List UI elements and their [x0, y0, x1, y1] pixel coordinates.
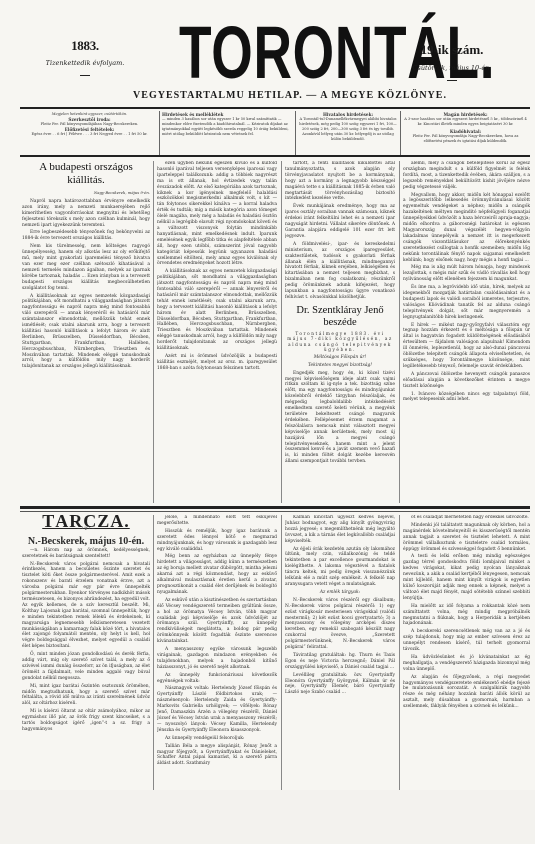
tarcza-headline: N.-Becskerek, május 10-én. [22, 539, 150, 545]
masthead-subtitle: VEGYESTARTALMU HETILAP. — A MEGYE KÖZLÖN… [100, 90, 480, 101]
paragraph: Évek munkájának eredménye, hogy ma az ip… [285, 204, 395, 239]
paragraph: Násznagyok voltak: Hertelendy József fői… [157, 686, 277, 733]
section-divider-thin [20, 511, 530, 512]
ornament-dash [447, 80, 457, 81]
column-rule [295, 111, 296, 155]
paragraph: Nem kis türelmesség, nem költséges ragyo… [22, 244, 150, 291]
paragraph: Az ünnepély funkcionáriusai következők e… [157, 673, 277, 685]
paragraph: Levéllileg gratuláltak: özv. Gyertyánffy… [285, 673, 395, 697]
paragraph: Az éjjeli órák kezdetén azután oly lakom… [285, 547, 395, 588]
issue-date: Csütörtök, május 10-én. [392, 64, 512, 72]
paragraph: Hisszük és reméljük, hogy igaz barátunk … [157, 529, 277, 553]
official-text: A Torontál-tul-Dunamellékvármegyei alább… [298, 117, 398, 142]
paragraph: Engedjék meg, hogy én, ki közel tizévi m… [285, 371, 395, 466]
newspaper-title: TORONTÁL. [179, 16, 359, 96]
ornament-icon: ~•❦•~ [22, 527, 150, 533]
paragraph: Az ünnepély vendégeiül felsoroljuk: [157, 736, 277, 742]
private-text: A 3-szor hasábos sor után egyszeri hirde… [403, 117, 528, 127]
speech-salutation: Méltóságos Főispán úr! [285, 355, 395, 361]
paragraph: tartott, a fenti kiállitások kiküldöttei… [285, 161, 395, 202]
column-rule [400, 111, 401, 155]
paragraph: A kiállitásoknak az egyes nemzetek közga… [22, 294, 150, 371]
speech-continuation: alemli, mely a csángók betelepítése körü… [403, 161, 530, 503]
paragraph: jelölé, a mindenható előtt tett esküjéve… [157, 515, 277, 527]
paragraph: Kálmán kincstári ügyészt kedves nejével,… [285, 515, 395, 545]
paragraph: Mi, mint igaz barátai őszintén osztozunk… [22, 684, 150, 708]
paragraph: A testi és lelki erőben még mindig egész… [403, 554, 530, 601]
publication-year: 1883. [30, 38, 140, 54]
exhibition-article-cont: ezen ügyben nekünk egészen kivüló és a k… [157, 161, 277, 503]
paragraph: Táviratilag gratuláltak: hg. Thurn és Ta… [285, 653, 395, 671]
column-rule [399, 515, 400, 790]
paragraph: A becskereki szerencsétlenek még van az … [403, 629, 530, 653]
paragraph: A földmivelési-, ipar- és kereskedelmi m… [285, 242, 395, 301]
paragraph: Napról napra határozottabban érvényre em… [22, 199, 150, 229]
tarcza-column-1: TÁRCZA. ~•❦•~ N.-Becskerek, május 10-én.… [22, 515, 150, 790]
ads-text: — minden 3 hasábos sor után egyszer 1 kr… [162, 117, 292, 137]
paragraph: ezen ügyben nekünk egészen kivüló és a k… [157, 161, 277, 267]
section-divider [20, 506, 530, 509]
page-margin-bottom [0, 790, 535, 844]
notice-bar: Megjelen hetenkint egyszer, csütörtökön.… [20, 107, 530, 157]
paragraph: Még benn az egyházban az ünnepély fénye … [157, 554, 277, 595]
column-rule [153, 515, 154, 790]
paragraph: Erre legbeszédesebb tényezőnek fog bekön… [22, 230, 150, 242]
publisher-text: Pleitz Fer. Pál könyvnyomdája Nagy-Becsk… [403, 134, 528, 144]
ornament-dash [80, 75, 90, 76]
masthead: 1883. Tizenkettedik évfolyam. TORONTÁL. … [0, 0, 535, 100]
column-rule [159, 111, 160, 155]
subscription-notice: Megjelen hetenkint egyszer, csütörtökön.… [22, 112, 157, 137]
paragraph: Az emlék tárgyak: [285, 590, 395, 596]
paragraph: És íme ma, a legrövidebb idő után, hírek… [403, 285, 530, 320]
paragraph: Az esküvő után a kisztinészetben és szer… [157, 598, 277, 645]
column-rule [281, 161, 282, 503]
ads-notice: Hirdetések és melléklétek — minden 3 has… [162, 112, 292, 137]
masthead-right: 19-ik szám. Csütörtök, május 10-én. [392, 42, 512, 81]
paragraph: Megvallom, hogy akkor, midőn két hónappa… [403, 193, 530, 264]
prices-text: Egész évre . . 6 frt | Félévre . . . 3 f… [22, 132, 157, 137]
paragraph: Még ma is alig múlt három hónapja, hogy … [403, 265, 530, 283]
article-dateline: Nagy-Becskerek, május 9-én. [22, 190, 150, 196]
exhibition-speech-column: tartott, a fenti kiállitások kiküldöttei… [285, 161, 395, 503]
tarcza-column-3: Kálmán kincstári ügyészt kedves nejével,… [285, 515, 395, 790]
column-rule [399, 161, 400, 503]
paragraph: Az alapján és főjegyzőnek, a régi megyed… [403, 675, 530, 710]
newspaper-page: 1883. Tizenkettedik évfolyam. TORONTÁL. … [0, 0, 535, 844]
private-notice: Magán hirdetések: A 3-szor hasábos sor u… [403, 112, 528, 144]
paragraph: Azért mi is örömmel üdvözöljük a budapes… [157, 354, 277, 372]
paragraph: E hírek — mikéut nagy-győrgyfalvi válasz… [403, 323, 530, 370]
exhibition-article: A budapesti országos kiállitás. Nagy-Bec… [22, 161, 150, 503]
article-title: A budapesti országos kiállitás. [22, 161, 150, 187]
official-notice: Hivatalos hirdetések: A Torontál-tul-Dun… [298, 112, 398, 142]
paragraph: 1. Ivánovo községében nincs egy talpalat… [403, 392, 530, 404]
tarcza-column-2: jelölé, a mindenható előtt tett esküjéve… [157, 515, 277, 790]
paragraph: Ha mielőtt az idő folyama a rokkantak kö… [403, 604, 530, 628]
paragraph: Tallián Béla a megye alispánját, Rónay J… [157, 744, 277, 768]
issue-number: 19-ik szám. [392, 42, 512, 58]
paragraph: Ha üdvözlésünket és jó kívánatainkat az … [403, 655, 530, 673]
column-rule [281, 515, 282, 790]
tarcza-heading: TÁRCZA. [22, 519, 150, 525]
column-rule [153, 161, 154, 503]
paragraph: A kiállitásoknak az egyes nemzetek közga… [157, 269, 277, 352]
masthead-left: 1883. Tizenkettedik évfolyam. [30, 38, 140, 76]
speech-subtitle: Torontálmegye 1883. évi május 7-diki köz… [285, 331, 395, 353]
speech-title: Dr. Szentkláray Jenő beszéde [285, 305, 395, 329]
paragraph: Mi is kísérzi öltarat az oltár zsámolyáh… [22, 709, 150, 733]
paragraph: —n. Három nap az örömnek, kedélyességnek… [22, 548, 150, 560]
paragraph: N.-Becskerek város polgárai nemcsak a hi… [22, 562, 150, 651]
paragraph: Mindenki jól találtatott magunknak oly k… [403, 523, 530, 553]
paragraph: N.-Becskerek város részéről egy dísalbum… [285, 598, 395, 651]
tarcza-column-4: őt és családját mérhetetlen nagy érdekke… [403, 515, 530, 790]
volume-label: Tizenkettedik évfolyam. [30, 59, 140, 67]
paragraph: A menyasszony egyike városunk legszebb v… [157, 647, 277, 671]
paragraph: A pánczovai öblözetbe hevenyett csángók … [403, 372, 530, 390]
paragraph: Ő, mint minden józan gondolkodású és der… [22, 652, 150, 682]
speech-salutation-2: Tekintetes megyei bizottság! [285, 363, 395, 369]
paragraph: őt és családját mérhetetlen nagy érdekke… [403, 515, 530, 521]
paragraph: alemli, mely a csángók betelepítése körü… [403, 161, 530, 191]
